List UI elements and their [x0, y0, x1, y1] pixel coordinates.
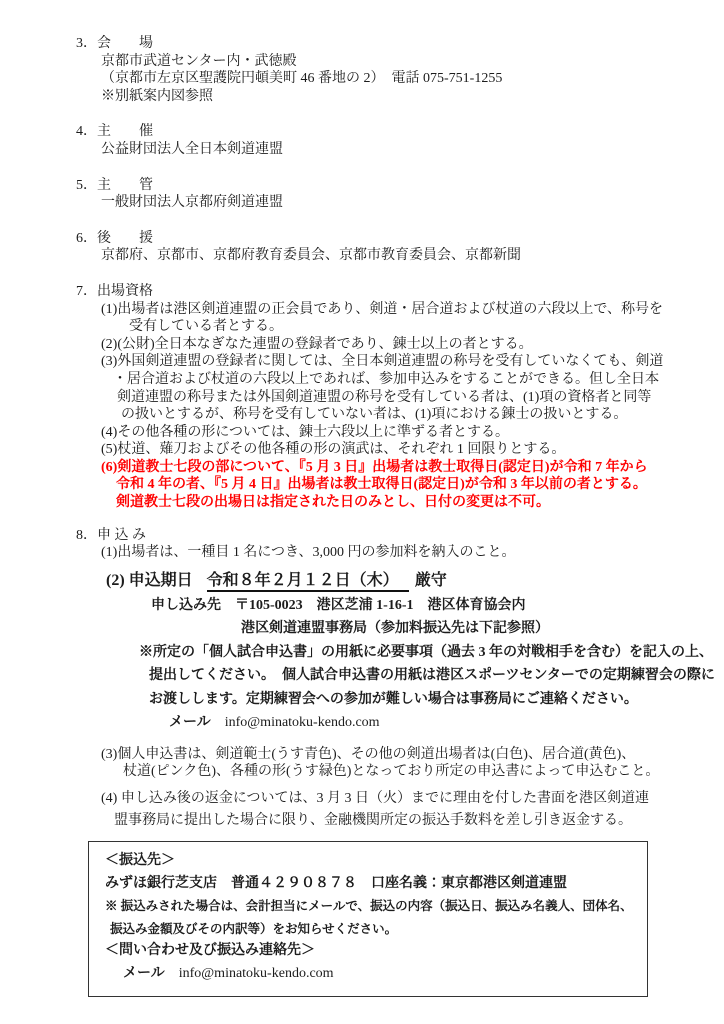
qualification-item-4: (4)その他各種の形については、錬士六段以上に準ずる者とする。: [101, 424, 690, 442]
application-deadline-line: (2) 申込期日令和８年２月１２日（木）厳守: [106, 568, 690, 594]
host-body: 公益財団法人全日本剣道連盟: [101, 141, 690, 159]
bank-mail-address: info@minatoku-kendo.com: [179, 966, 334, 981]
application-form-note-2: 提出してください。 個人試合申込書の用紙は港区スポーツセンターでの定期練習会の際…: [149, 664, 690, 688]
deadline-date: 令和８年２月１２日（木）: [207, 572, 409, 592]
application-office-name: 港区剣道連盟事務局（参加料振込先は下記参照）: [241, 617, 690, 641]
bank-transfer-box: ＜振込先＞ みずほ銀行芝支店 普通４２９０８７８ 口座名義：東京都港区剣道連盟 …: [88, 841, 648, 997]
section-support: 6．後 援 京都府、京都市、京都府教育委員会、京都市教育委員会、京都新聞: [76, 230, 690, 265]
qualification-item-1-cont: 受有している者とする。: [129, 318, 690, 336]
application-form-colors-item: (3)個人申込書は、剣道範士(うす青色)、その他の剣道出場者は(白色)、居合道(…: [101, 746, 690, 764]
support-heading: 6．後 援: [76, 230, 690, 248]
bank-contact-title: ＜問い合わせ及び振込み連絡先＞: [105, 940, 635, 963]
qualification-item-6-red-notice-cont-2: 剣道教士七段の出場日は指定された日のみとし、日付の変更は不可。: [116, 494, 690, 512]
management-body: 一般財団法人京都府剣道連盟: [101, 194, 690, 212]
qualification-item-3-cont-3: の扱いとするが、称号を受有していない者は、(1)項における錬士の扱いとする。: [121, 406, 690, 424]
application-heading: 8．申 込 み: [76, 527, 690, 545]
bank-mail-label: メール: [123, 966, 165, 981]
management-name: 一般財団法人京都府剣道連盟: [101, 194, 690, 212]
application-refund-item-cont: 盟事務局に提出した場合に限り、金融機関所定の振込手数料を差し引き返金する。: [114, 810, 690, 832]
qualification-item-5: (5)杖道、薙刀およびその他各種の形の演武は、それぞれ 1 回限りとする。: [101, 441, 690, 459]
qualification-item-2: (2)(公財)全日本なぎなた連盟の登録者であり、錬士以上の者とする。: [101, 336, 690, 354]
qualification-item-3-cont-2: 剣道連盟の称号または外国剣道連盟の称号を受有している者は、(1)項の資格者と同等: [117, 389, 690, 407]
qualification-body: (1)出場者は港区剣道連盟の正会員であり、剣道・居合道および杖道の六段以上で、称…: [101, 301, 690, 512]
application-fee-item: (1)出場者は、一種目 1 名につき、3,000 円の参加料を納入のこと。: [101, 544, 690, 562]
deadline-strict-note: 厳守: [415, 572, 447, 589]
application-form-colors-item-cont: 杖道(ピンク色)、各種の形(うす緑色)となっており所定の申込書によって申込むこと…: [123, 763, 690, 781]
section-venue: 3．会 場 京都市武道センター内・武徳殿 （京都市左京区聖護院円頓美町 46 番…: [76, 35, 690, 105]
qualification-item-3-cont-1: ・居合道および杖道の六段以上であれば、参加申込みをすることができる。但し全日本: [113, 371, 690, 389]
qualification-heading: 7．出場資格: [76, 283, 690, 301]
application-form-note-1: ※所定の「個人試合申込書」の用紙に必要事項（過去 3 年の対戦相手を含む）を記入…: [139, 641, 690, 665]
qualification-item-3: (3)外国剣道連盟の登録者に関しては、全日本剣道連盟の称号を受有していなくても、…: [101, 353, 690, 371]
bank-mail-line: メールinfo@minatoku-kendo.com: [123, 963, 635, 986]
venue-body: 京都市武道センター内・武徳殿 （京都市左京区聖護院円頓美町 46 番地の 2） …: [101, 53, 690, 106]
application-form-note-3: お渡しします。定期練習会への参加が難しい場合は事務局にご連絡ください。: [149, 688, 690, 712]
section-host: 4．主 催 公益財団法人全日本剣道連盟: [76, 123, 690, 158]
application-refund-item: (4) 申し込み後の返金については、3 月 3 日（火）までに理由を付した書面を…: [101, 788, 690, 810]
application-mail-line: メールinfo@minatoku-kendo.com: [169, 711, 690, 735]
venue-heading: 3．会 場: [76, 35, 690, 53]
bank-box-title: ＜振込先＞: [105, 850, 635, 873]
bank-notify-note-1: ※ 振込みされた場合は、会計担当にメールで、振込の内容（振込日、振込み名義人、団…: [105, 895, 635, 918]
mail-address: info@minatoku-kendo.com: [225, 715, 380, 730]
section-management: 5．主 管 一般財団法人京都府剣道連盟: [76, 177, 690, 212]
bank-notify-note-2: 振込み金額及びその内訳等）をお知らせください。: [110, 918, 635, 941]
qualification-item-1: (1)出場者は港区剣道連盟の正会員であり、剣道・居合道および杖道の六段以上で、称…: [101, 301, 690, 319]
deadline-label: (2) 申込期日: [106, 572, 193, 589]
document-page: 3．会 場 京都市武道センター内・武徳殿 （京都市左京区聖護院円頓美町 46 番…: [0, 0, 724, 1024]
mail-label: メール: [169, 715, 211, 730]
support-names: 京都府、京都市、京都府教育委員会、京都市教育委員会、京都新聞: [101, 247, 690, 265]
management-heading: 5．主 管: [76, 177, 690, 195]
venue-map-note: ※別紙案内図参照: [101, 88, 690, 106]
section-application: 8．申 込 み (1)出場者は、一種目 1 名につき、3,000 円の参加料を納…: [76, 527, 690, 832]
support-body: 京都府、京都市、京都府教育委員会、京都市教育委員会、京都新聞: [101, 247, 690, 265]
bank-account-info: みずほ銀行芝支店 普通４２９０８７８ 口座名義：東京都港区剣道連盟: [105, 873, 635, 896]
venue-address: （京都市左京区聖護院円頓美町 46 番地の 2） 電話 075-751-1255: [101, 70, 690, 88]
host-heading: 4．主 催: [76, 123, 690, 141]
section-qualification: 7．出場資格 (1)出場者は港区剣道連盟の正会員であり、剣道・居合道および杖道の…: [76, 283, 690, 512]
application-body: (1)出場者は、一種目 1 名につき、3,000 円の参加料を納入のこと。 (2…: [101, 544, 690, 832]
qualification-item-6-red-notice-cont-1: 令和 4 年の者、『5 月 4 日』出場者は教士取得日(認定日)が令和 3 年以…: [116, 476, 690, 494]
host-name: 公益財団法人全日本剣道連盟: [101, 141, 690, 159]
qualification-item-6-red-notice: (6)剣道教士七段の部について、『5 月 3 日』出場者は教士取得日(認定日)が…: [101, 459, 690, 477]
venue-name: 京都市武道センター内・武徳殿: [101, 53, 690, 71]
application-postal-address: 申し込み先 〒105-0023 港区芝浦 1-16-1 港区体育協会内: [151, 594, 690, 618]
